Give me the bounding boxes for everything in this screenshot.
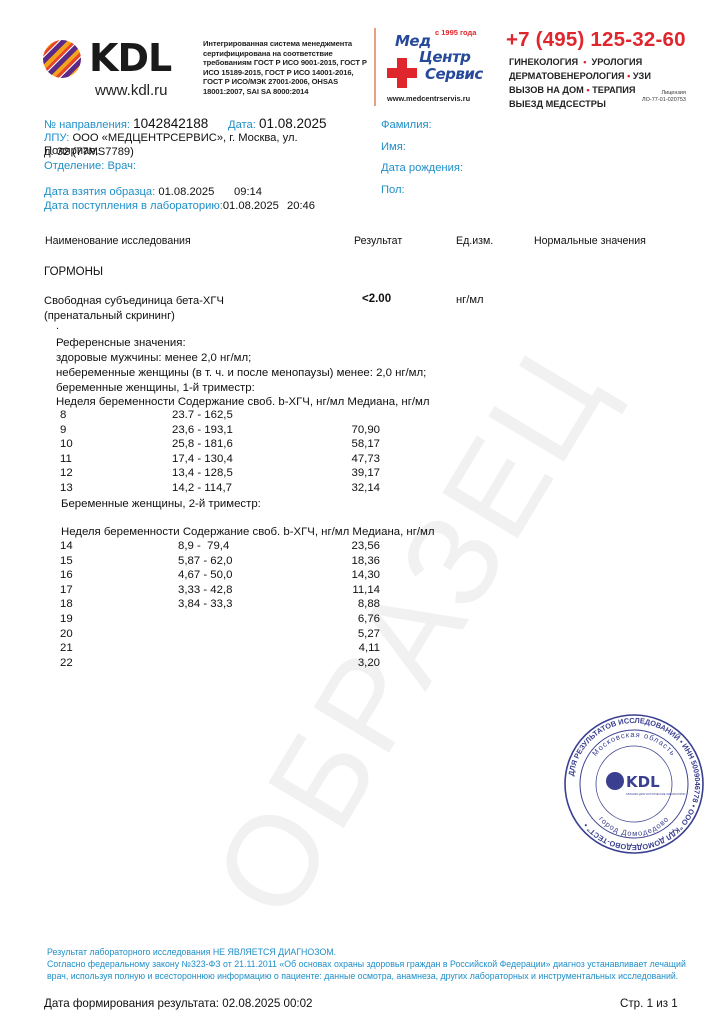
reference-row: 1314,2 - 114,732,14 <box>60 482 380 497</box>
laboratory-stamp: ДЛЯ РЕЗУЛЬТАТОВ ИССЛЕДОВАНИЙ • ИНН 50090… <box>563 713 705 855</box>
reference-median: 18,36 <box>320 555 380 567</box>
reference-row: 196,76 <box>60 613 380 628</box>
lab-date-label: Дата поступления в лабораторию: <box>44 200 223 212</box>
ref-men: здоровые мужчины: менее 2,0 нг/мл; <box>56 351 251 366</box>
kdl-url: www.kdl.ru <box>95 82 168 99</box>
test-result: <2.00 <box>362 293 391 305</box>
disclaimer: Результат лабораторного исследования НЕ … <box>47 946 687 982</box>
ref-trimester1-title: беременные женщины, 1-й триместр: <box>56 381 255 396</box>
generated-date: Дата формирования результата: 02.08.2025… <box>44 997 313 1010</box>
sample-date: 01.08.2025 <box>158 186 214 198</box>
reference-range: 3,33 - 42,8 <box>178 584 232 596</box>
date-row: Дата: 01.08.2025 <box>228 117 327 132</box>
name-label: Имя: <box>381 141 406 154</box>
since-year: с 1995 года <box>435 28 476 37</box>
reference-week: 20 <box>60 628 73 640</box>
svg-text:город Домодедово: город Домодедово <box>597 814 671 838</box>
stamp-inner-top: Московская область <box>590 730 677 758</box>
reference-row: 164,67 - 50,014,30 <box>60 569 380 584</box>
birthdate-label: Дата рождения: <box>381 162 463 175</box>
reference-week: 21 <box>60 642 73 654</box>
reference-median: 23,56 <box>320 540 380 552</box>
reference-row: 214,11 <box>60 642 380 657</box>
bullet-icon: • <box>586 85 589 95</box>
lpu-value-cont: д. 32 (77MS7789) <box>44 146 134 159</box>
service: ДЕРМАТОВЕНЕРОЛОГИЯ <box>509 71 625 81</box>
reference-median: 39,17 <box>320 467 380 479</box>
referral-row: № направления: 1042842188 <box>44 117 208 132</box>
reference-median: 4,11 <box>320 642 380 654</box>
reference-median: 32,14 <box>320 482 380 494</box>
sex-label: Пол: <box>381 184 405 197</box>
phone-number: +7 (495) 125-32-60 <box>506 28 686 52</box>
date-value: 01.08.2025 <box>259 116 327 131</box>
reference-row: 1213,4 - 128,539,17 <box>60 467 380 482</box>
reference-median: 70,90 <box>320 424 380 436</box>
lab-date: 01.08.2025 <box>223 200 279 212</box>
test-unit: нг/мл <box>456 294 484 306</box>
reference-median: 47,73 <box>320 453 380 465</box>
reference-row: 148,9 - 79,423,56 <box>60 540 380 555</box>
reference-week: 11 <box>60 453 72 465</box>
reference-range: 14,2 - 114,7 <box>172 482 232 494</box>
reference-median: 6,76 <box>320 613 380 625</box>
ref-title: Референсные значения: <box>56 336 186 351</box>
stamp-inner-bottom: город Домодедово <box>597 814 671 838</box>
kdl-globe-icon <box>43 40 81 78</box>
ref-trimester2-title: Беременные женщины, 2-й триместр: <box>61 497 261 512</box>
referral-number: 1042842188 <box>133 116 208 131</box>
referral-label: № направления: <box>44 119 130 131</box>
bullet-icon: • <box>583 57 586 67</box>
services-list: ГИНЕКОЛОГИЯ • УРОЛОГИЯ ДЕРМАТОВЕНЕРОЛОГИ… <box>509 55 651 111</box>
ref-nonpregnant: небеременные женщины (в т. ч. и после ме… <box>56 366 426 381</box>
mcs-url: www.medcentrservis.ru <box>387 94 470 103</box>
col-test-name: Наименование исследования <box>45 235 191 247</box>
reference-range: 25,8 - 181,6 <box>172 438 233 450</box>
reference-row: 205,27 <box>60 628 380 643</box>
reference-range: 4,67 - 50,0 <box>178 569 232 581</box>
medical-cross-icon <box>387 58 417 88</box>
reference-row: 1025,8 - 181,658,17 <box>60 438 380 453</box>
generated-label: Дата формирования результата: <box>44 997 219 1010</box>
section-title: ГОРМОНЫ <box>44 266 103 278</box>
doctor-label: Врач: <box>107 160 136 172</box>
header-divider <box>374 28 376 106</box>
reference-row: 173,33 - 42,811,14 <box>60 584 380 599</box>
reference-range: 17,4 - 130,4 <box>172 453 233 465</box>
reference-week: 9 <box>60 424 66 436</box>
reference-week: 14 <box>60 540 73 552</box>
disclaimer-line1: Результат лабораторного исследования НЕ … <box>47 946 687 958</box>
kdl-logo: KDL www.kdl.ru <box>43 38 188 100</box>
col-unit: Ед.изм. <box>456 235 493 247</box>
reference-row: 223,20 <box>60 657 380 672</box>
sample-date-label: Дата взятия образца: <box>44 186 155 198</box>
lab-time: 20:46 <box>287 200 315 213</box>
dot-mark: . <box>56 320 59 332</box>
reference-row: 1117,4 - 130,447,73 <box>60 453 380 468</box>
reference-week: 10 <box>60 438 73 450</box>
sample-time: 09:14 <box>234 186 262 199</box>
certification-text: Интегрированная система менеджмента серт… <box>203 39 373 97</box>
date-label: Дата: <box>228 119 256 131</box>
col-normal: Нормальные значения <box>534 235 646 247</box>
service: ТЕРАПИЯ <box>592 85 635 95</box>
service: ВЫЗОВ НА ДОМ <box>509 85 584 95</box>
svg-text:Московская область: Московская область <box>590 730 677 758</box>
stamp-subtitle: КЛИНИКО-ДИАГНОСТИЧЕСКИЕ ЛАБОРАТОРИИ <box>626 792 686 796</box>
reference-median: 11,14 <box>320 584 380 596</box>
service: ВЫЕЗД МЕДСЕСТРЫ <box>509 99 606 109</box>
reference-range: 23,6 - 193,1 <box>172 424 233 436</box>
reference-range: 3,84 - 33,3 <box>178 598 232 610</box>
department-row: Отделение: Врач: <box>44 160 136 173</box>
reference-week: 8 <box>60 409 66 421</box>
reference-week: 19 <box>60 613 73 625</box>
license: Лицензия ЛО-77-01-020753 <box>642 90 686 104</box>
reference-median: 5,27 <box>320 628 380 640</box>
kdl-brand: KDL <box>89 36 171 80</box>
mcs-line-2: Центр <box>419 48 470 66</box>
reference-week: 18 <box>60 598 73 610</box>
reference-week: 15 <box>60 555 73 567</box>
reference-row: 823.7 - 162,5 <box>60 409 380 424</box>
col-result: Результат <box>354 235 402 247</box>
disclaimer-line2: Согласно федеральному закону №323-ФЗ от … <box>47 958 687 982</box>
ref-trimester1-header: Неделя беременности Содержание своб. b-Х… <box>56 395 430 410</box>
reference-range: 13,4 - 128,5 <box>172 467 233 479</box>
generated-value: 02.08.2025 00:02 <box>222 997 312 1010</box>
reference-median: 8,88 <box>320 598 380 610</box>
service: УЗИ <box>633 71 651 81</box>
reference-week: 22 <box>60 657 73 669</box>
license-number: ЛО-77-01-020753 <box>642 97 686 104</box>
stamp-brand: KDL <box>626 773 660 791</box>
reference-week: 12 <box>60 467 73 479</box>
reference-row: 923,6 - 193,170,90 <box>60 424 380 439</box>
bullet-icon: • <box>627 71 630 81</box>
reference-range: 8,9 - 79,4 <box>178 540 229 552</box>
reference-week: 16 <box>60 569 73 581</box>
reference-week: 13 <box>60 482 73 494</box>
reference-median: 58,17 <box>320 438 380 450</box>
reference-range: 5,87 - 62,0 <box>178 555 232 567</box>
department-label: Отделение: <box>44 160 104 172</box>
license-label: Лицензия <box>642 90 686 97</box>
reference-median: 14,30 <box>320 569 380 581</box>
stamp-globe-icon <box>606 772 624 790</box>
page-number: Стр. 1 из 1 <box>620 997 678 1010</box>
reference-row: 183,84 - 33,38,88 <box>60 598 380 613</box>
reference-week: 17 <box>60 584 73 596</box>
reference-row: 155,87 - 62,018,36 <box>60 555 380 570</box>
test-name-line2: (пренатальный скрининг) <box>44 309 224 324</box>
reference-median: 3,20 <box>320 657 380 669</box>
sample-date-row: Дата взятия образца: 01.08.2025 <box>44 186 214 199</box>
ref-trimester2-header: Неделя беременности Содержание своб. b-Х… <box>61 525 435 540</box>
mcs-line-3: Сервис <box>425 65 483 83</box>
service: ГИНЕКОЛОГИЯ <box>509 57 578 67</box>
service: УРОЛОГИЯ <box>592 57 643 67</box>
lpu-label: ЛПУ: <box>44 132 69 144</box>
test-name-line1: Свободная субъединица бета-ХГЧ <box>44 294 224 309</box>
test-name: Свободная субъединица бета-ХГЧ (пренатал… <box>44 294 224 324</box>
surname-label: Фамилия: <box>381 119 432 132</box>
medcentrservis-logo: с 1995 года Мед Центр Сервис www.medcent… <box>385 28 495 104</box>
reference-range: 23.7 - 162,5 <box>172 409 233 421</box>
lab-date-row: Дата поступления в лабораторию:01.08.202… <box>44 200 279 213</box>
